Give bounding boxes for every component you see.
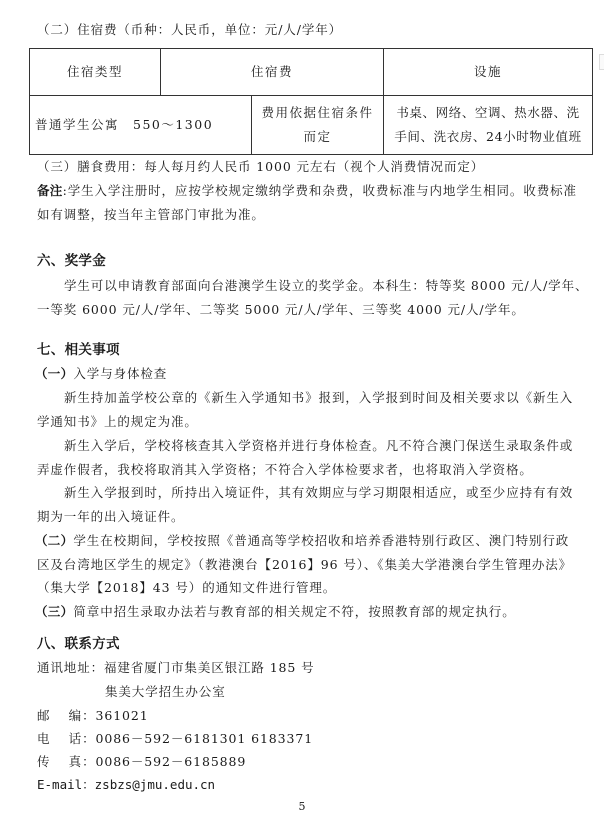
cell-accommodation-type: 普通学生公寓 550～1300 xyxy=(30,96,252,155)
postcode-value: 361021 xyxy=(95,708,148,723)
accommodation-caption: （二）住宿费（币种：人民币，单位：元/人/学年） xyxy=(37,22,342,38)
matters-sub2-line-1: （二）学生在校期间，学校按照《普通高等学校招收和培养香港特别行政区、澳门特别行政 xyxy=(35,533,569,549)
fee-line-1: 费用依据住宿条件 xyxy=(252,101,383,125)
contact-fax: 传 真：0086－592－6185889 xyxy=(37,754,246,770)
contact-postcode: 邮 编：361021 xyxy=(37,708,149,724)
facilities-line-1: 书桌、网络、空调、热水器、洗 xyxy=(384,101,592,125)
sub2-label: （二） xyxy=(35,533,73,548)
scholarship-line-1: 学生可以申请教育部面向台港澳学生设立的奖学金。本科生：特等奖 8000 元/人/… xyxy=(64,278,588,294)
matters-p1-line-2: 学通知书》上的规定为准。 xyxy=(37,414,198,430)
scholarship-heading: 六、奖学金 xyxy=(37,253,106,269)
cell-facilities: 书桌、网络、空调、热水器、洗 手间、洗衣房、24小时物业值班 xyxy=(384,96,593,155)
header-accommodation-type: 住宿类型 xyxy=(30,49,161,96)
cell-accommodation-fee: 费用依据住宿条件 而定 xyxy=(252,96,384,155)
matters-p3-line-1: 新生入学报到时，所持出入境证件，其有效期应与学习期限相适应，或至少应持有有效 xyxy=(64,485,573,501)
sub2-text-1: 学生在校期间，学校按照《普通高等学校招收和培养香港特别行政区、澳门特别行政 xyxy=(73,533,569,548)
page-number: 5 xyxy=(0,800,604,813)
matters-sub3: （三）简章中招生录取办法若与教育部的相关规定不符，按照教育部的规定执行。 xyxy=(35,604,516,620)
matters-heading: 七、相关事项 xyxy=(37,342,120,358)
sub3-label: （三） xyxy=(35,604,73,619)
sub1-label: （一） xyxy=(35,366,73,381)
note-line-1: 备注:学生入学注册时，应按学校规定缴纳学费和杂费，收费标准与内地学生相同。收费标… xyxy=(37,183,577,199)
facilities-line-2: 手间、洗衣房、24小时物业值班 xyxy=(384,125,592,149)
fee-line-2: 而定 xyxy=(252,125,383,149)
contact-heading: 八、联系方式 xyxy=(37,636,120,652)
note-text-1: :学生入学注册时，应按学校规定缴纳学费和杂费，收费标准与内地学生相同。收费标准 xyxy=(63,183,577,198)
accommodation-fee-table: 住宿类型 住宿费 设施 普通学生公寓 550～1300 费用依据住宿条件 而定 … xyxy=(29,48,593,155)
matters-p3-line-2: 期为一年的出入境证件。 xyxy=(37,509,184,525)
note-line-2: 如有调整，按当年主管部门审批为准。 xyxy=(37,207,265,223)
matters-sub1: （一）入学与身体检查 xyxy=(35,366,167,382)
phone-label: 电 话： xyxy=(37,731,95,746)
header-accommodation-fee: 住宿费 xyxy=(161,49,384,96)
header-facilities: 设施 xyxy=(384,49,593,96)
contact-address: 通讯地址：福建省厦门市集美区银江路 185 号 xyxy=(37,660,315,676)
meals-fee-line: （三）膳食费用：每人每月约人民币 1000 元左右（视个人消费情况而定） xyxy=(37,159,484,175)
matters-p2-line-2: 弄虚作假者，我校将取消其入学资格；不符合入学体检要求者，也将取消入学资格。 xyxy=(37,462,533,478)
scholarship-line-2: 一等奖 6000 元/人/学年、二等奖 5000 元/人/学年、三等奖 4000… xyxy=(37,302,525,318)
email-label: E-mail： xyxy=(37,777,95,792)
matters-sub2-line-3: （集大学【2018】43 号）的通知文件进行管理。 xyxy=(37,580,336,596)
fax-label: 传 真： xyxy=(37,754,95,769)
postcode-label: 邮 编： xyxy=(37,708,95,723)
address-label: 通讯地址： xyxy=(37,660,104,675)
contact-address-line-2: 集美大学招生办公室 xyxy=(105,684,226,700)
phone-value: 0086－592－6181301 6183371 xyxy=(95,731,313,746)
email-value[interactable]: zsbzs@jmu.edu.cn xyxy=(95,777,215,792)
matters-p1-line-1: 新生持加盖学校公章的《新生入学通知书》报到，入学报到时间及相关要求以《新生入 xyxy=(64,390,573,406)
sub3-text: 简章中招生录取办法若与教育部的相关规定不符，按照教育部的规定执行。 xyxy=(73,604,515,619)
sub1-title: 入学与身体检查 xyxy=(73,366,167,381)
note-label: 备注 xyxy=(37,183,63,198)
contact-phone: 电 话：0086－592－6181301 6183371 xyxy=(37,731,313,747)
matters-sub2-line-2: 区及台湾地区学生的规定》（教港澳台【2016】96 号）、《集美大学港澳台学生管… xyxy=(37,557,572,573)
fax-value: 0086－592－6185889 xyxy=(95,754,246,769)
side-scroll-tab[interactable] xyxy=(599,54,604,70)
address-line-1: 福建省厦门市集美区银江路 185 号 xyxy=(104,660,315,675)
contact-email: E-mail：zsbzs@jmu.edu.cn xyxy=(37,777,215,793)
matters-p2-line-1: 新生入学后，学校将核查其入学资格并进行身体检查。凡不符合澳门保送生录取条件或 xyxy=(64,438,573,454)
